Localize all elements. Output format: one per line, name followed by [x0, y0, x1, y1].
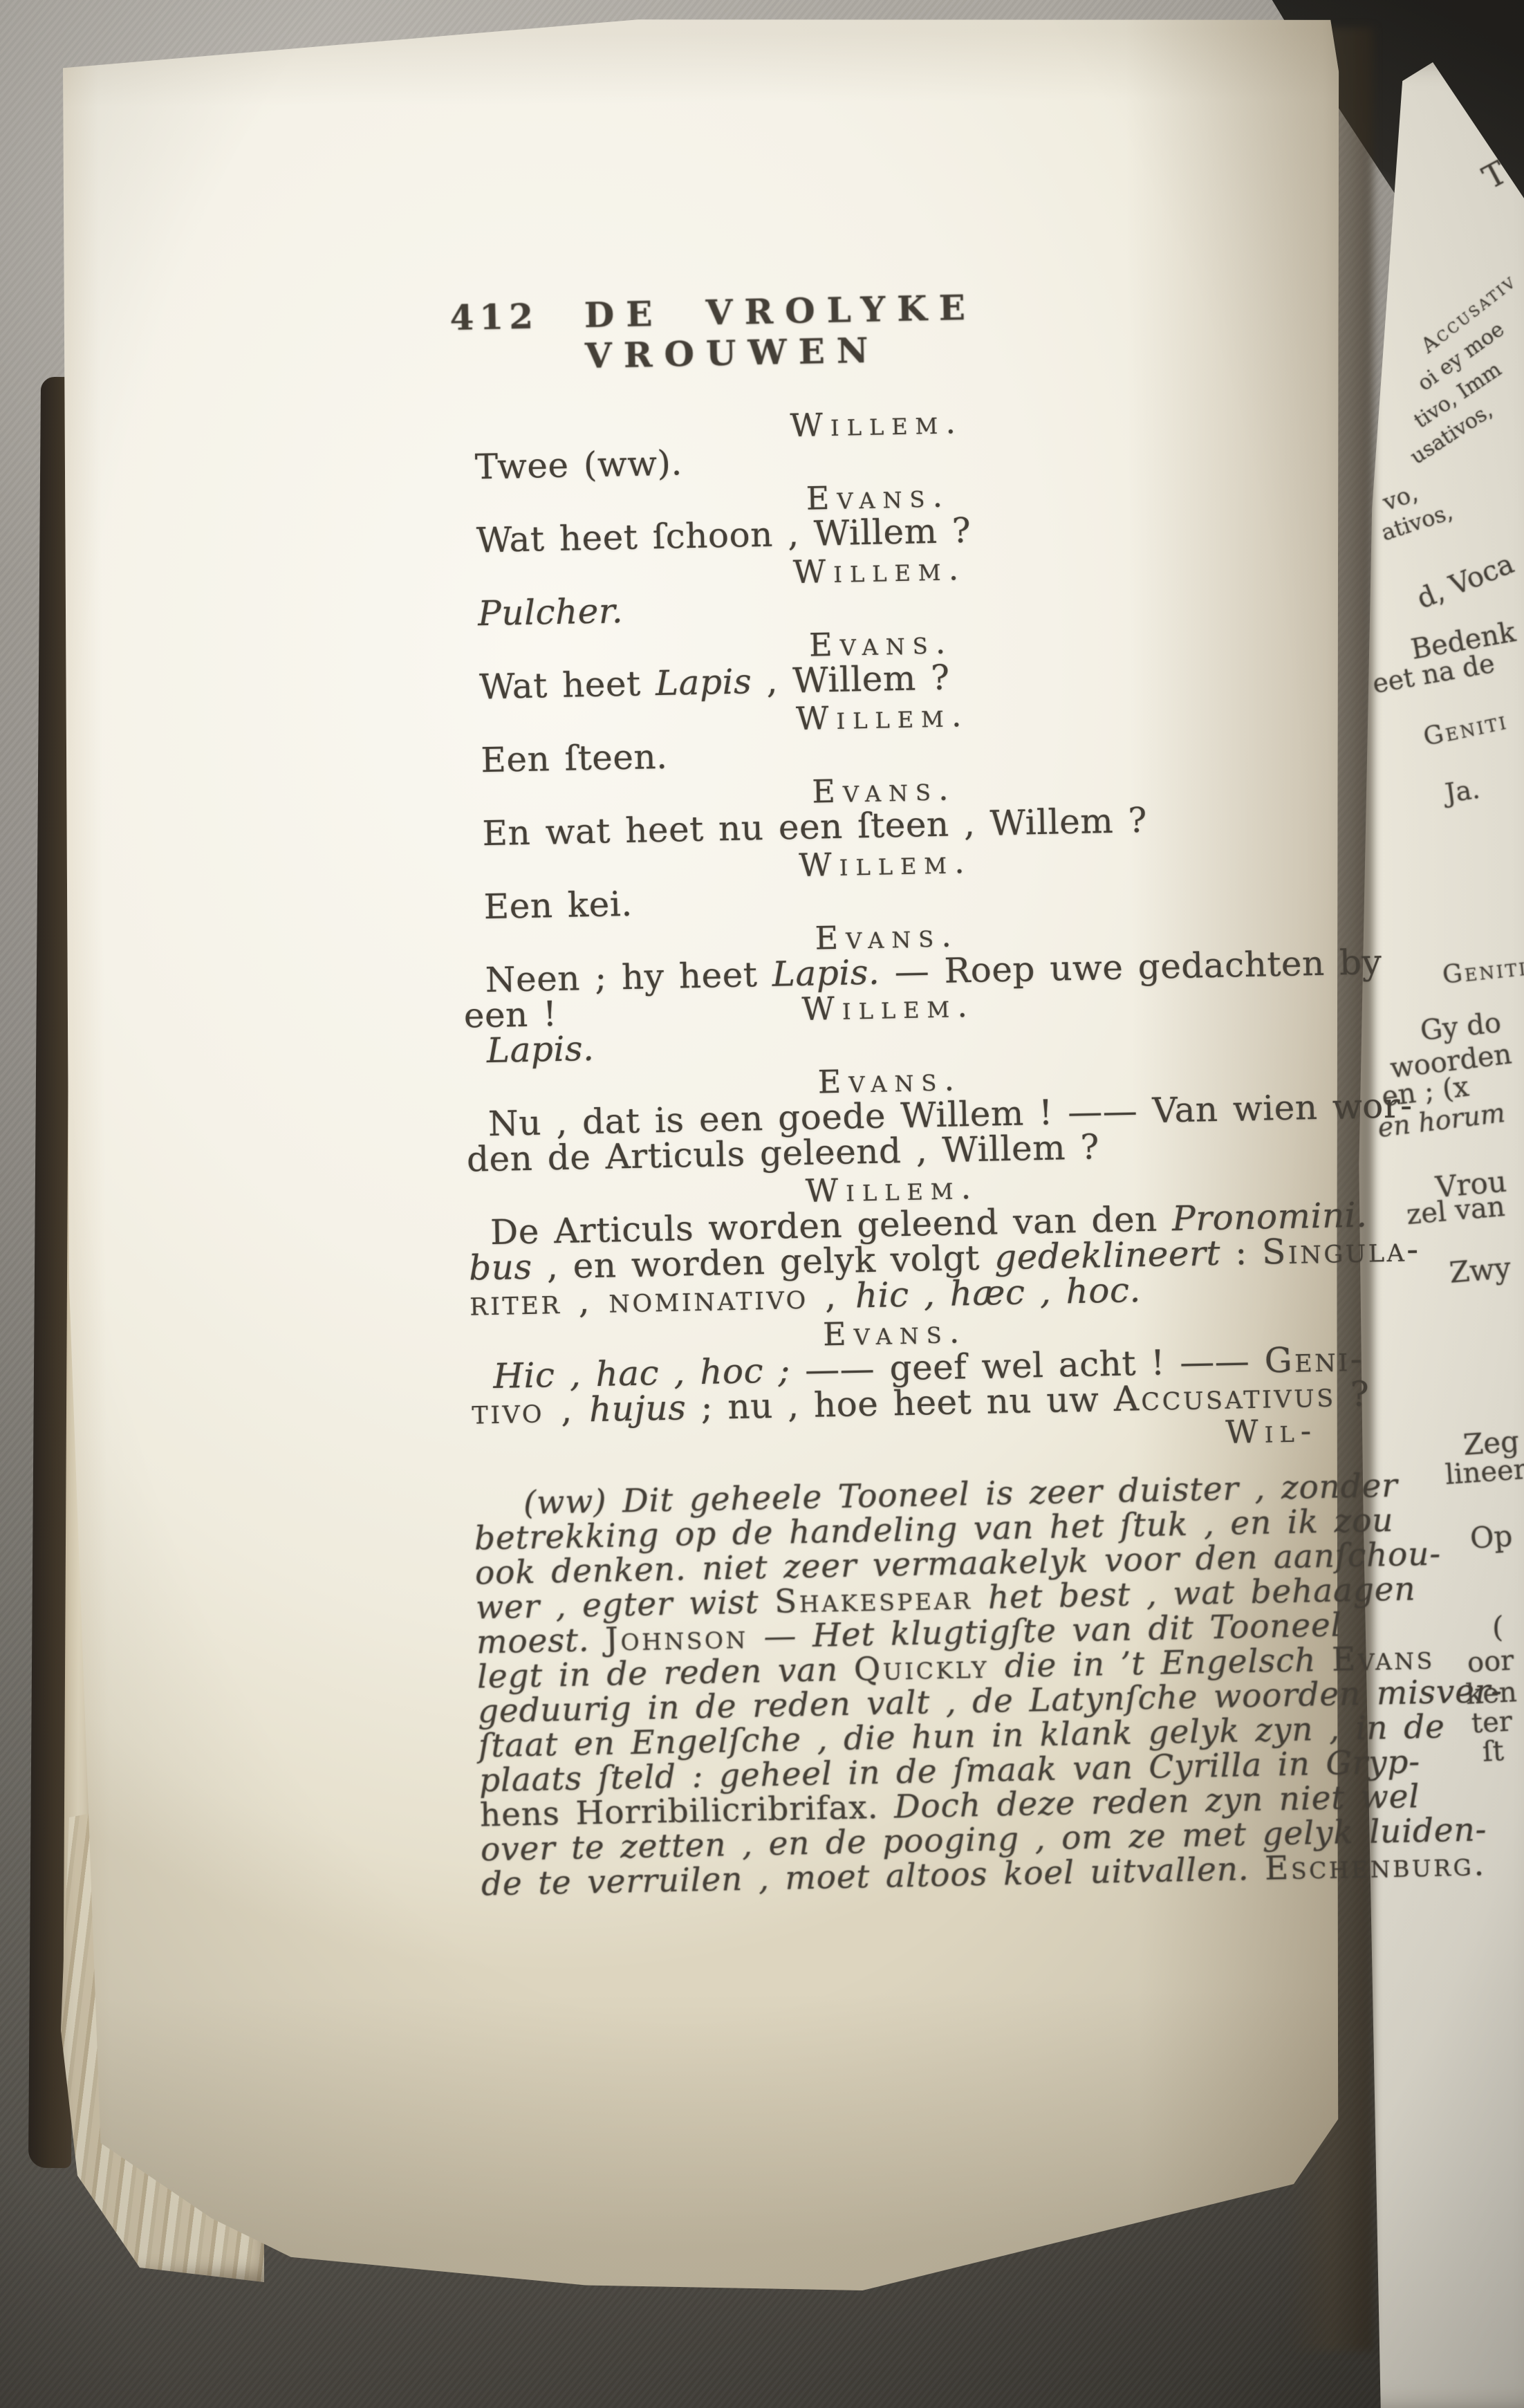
- text-segment: Eschenburg.: [1265, 1845, 1487, 1887]
- facing-page-fragment: ter: [1471, 1705, 1513, 1739]
- text-segment: ?: [1335, 1374, 1370, 1415]
- facing-page-fragment: Geniti: [1421, 707, 1510, 752]
- text-segment: [574, 1389, 590, 1429]
- facing-page-fragment: Zwy: [1448, 1250, 1512, 1290]
- facing-page-fragment: Geniti: [1441, 953, 1524, 990]
- text-segment: —: [747, 1617, 812, 1656]
- text-segment: tivo ,: [472, 1390, 575, 1432]
- text-segment: Evans: [1331, 1639, 1435, 1679]
- text-segment: Singula-: [1261, 1229, 1421, 1272]
- text-segment: hic , hæc , hoc.: [855, 1270, 1141, 1315]
- text-segment: , Willem ?: [752, 658, 950, 702]
- text-segment: Een kei.: [483, 884, 633, 927]
- footnote-block: (ww) Dit geheele Tooneel is zeer duister…: [474, 1470, 1331, 1902]
- facing-page-fragment: (: [1492, 1610, 1503, 1644]
- text-segment: riter , nominativo ,: [470, 1276, 856, 1324]
- printed-text: 412 DE VROLYKE VROUWEN Willem.Twee (ww).…: [449, 280, 1330, 1902]
- facing-page-fragment: lineer: [1444, 1454, 1524, 1491]
- page-title: DE VROLYKE VROUWEN: [584, 280, 1300, 376]
- text-segment: Lapis.: [772, 952, 880, 994]
- text-segment: Wat heet: [479, 663, 656, 707]
- facing-page-fragment: ſt: [1482, 1735, 1505, 1768]
- text-segment: Een ſteen.: [481, 737, 668, 780]
- photo-of-book-page: TAccusativoi ey moetivo, Immusativos,vo,…: [0, 0, 1524, 2408]
- text-segment: :: [1220, 1232, 1262, 1273]
- facing-page-fragment: Ja.: [1443, 774, 1482, 809]
- text-segment: hujus: [588, 1387, 686, 1429]
- page-number: 412: [449, 295, 539, 338]
- text-segment: Lapis.: [486, 1028, 595, 1071]
- text-segment: Twee (ww).: [474, 443, 682, 487]
- facing-page-fragment: Op: [1469, 1519, 1514, 1555]
- facing-page-fragment: d, Voca: [1413, 548, 1518, 615]
- dialogue-block: Willem.Twee (ww).Evans.Wat heet ſchoon ,…: [452, 398, 1321, 1465]
- text-segment: Lapis: [655, 661, 752, 703]
- facing-page-fragment: zel van: [1405, 1191, 1506, 1231]
- text-segment: Pulcher.: [478, 591, 624, 633]
